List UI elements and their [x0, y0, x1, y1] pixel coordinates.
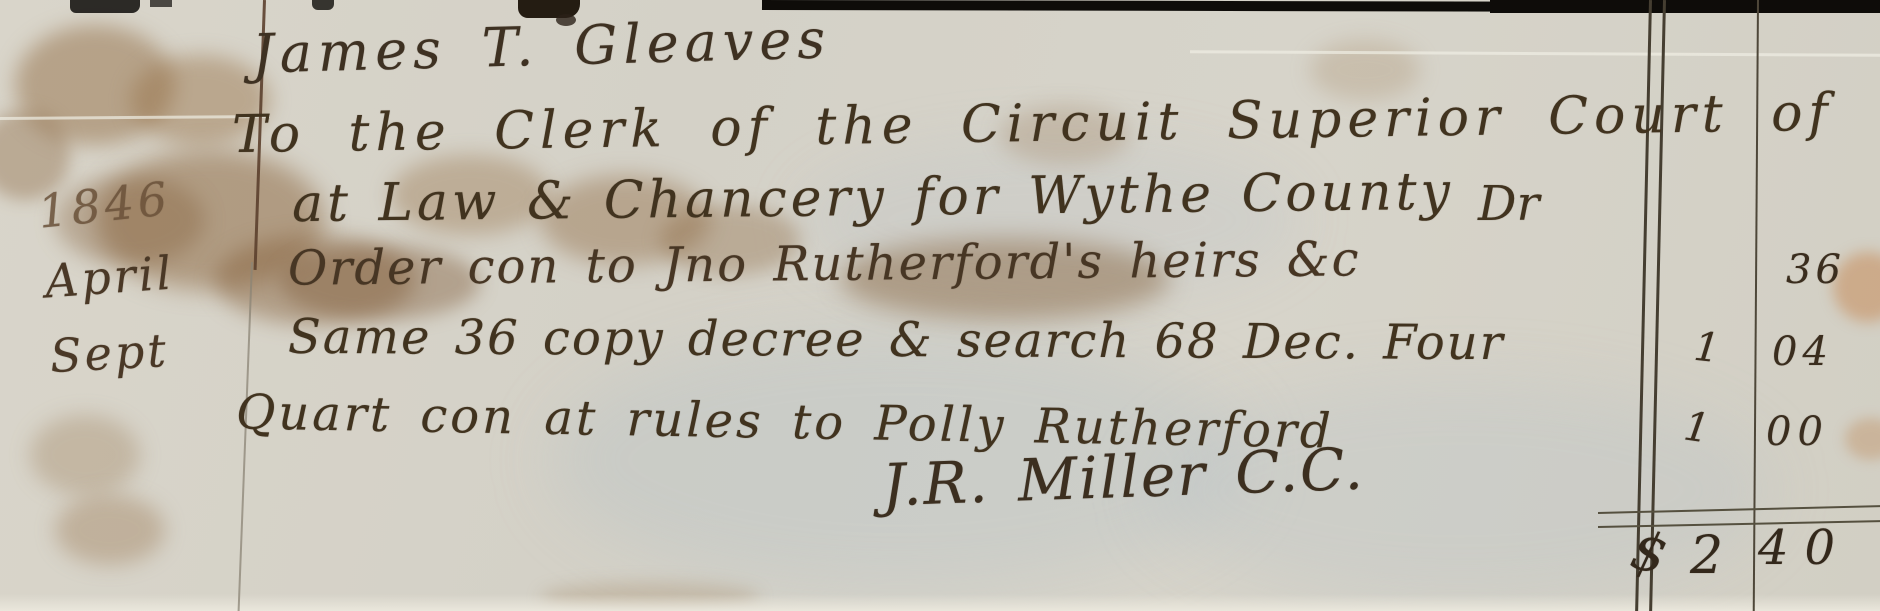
fold-crease [0, 594, 1880, 611]
scan-artifact-ink-mark [70, 0, 140, 13]
court-line: at Law & Chancery for Wythe County [292, 166, 1454, 230]
addressee-line: To the Clerk of the Circuit Superior Cou… [232, 87, 1834, 161]
entry-description: Order con to Jno Rutherford's heirs &c [288, 235, 1361, 292]
scan-artifact-ink-mark [312, 0, 334, 10]
stain [1845, 418, 1880, 460]
stain [30, 415, 140, 495]
entry-description: Same 36 copy decree & search 68 Dec. Fou… [288, 313, 1505, 367]
entry-cents: 04 [1772, 332, 1833, 372]
entry-cents: 36 [1786, 250, 1845, 290]
stain [55, 495, 165, 565]
entry-date: April [44, 250, 176, 305]
entry-date: Sept [49, 327, 170, 379]
scan-artifact-top-edge [1490, 0, 1880, 13]
entry-dollars: 1 [1692, 327, 1721, 369]
fold-crease [1190, 50, 1880, 57]
clerk-signature: J.R. Miller C.C. [881, 440, 1365, 515]
payee-name: James T. Gleaves [251, 12, 831, 81]
year-label: 1846 [36, 175, 173, 235]
entry-cents: 00 [1766, 412, 1829, 452]
total-dollars: 2 [1690, 530, 1723, 582]
total-cents: 40 [1758, 524, 1851, 572]
scan-artifact-ink-mark [150, 0, 172, 7]
debit-abbr: Dr [1478, 180, 1539, 228]
scanned-document: James T. Gleaves To the Clerk of the Cir… [0, 0, 1880, 611]
